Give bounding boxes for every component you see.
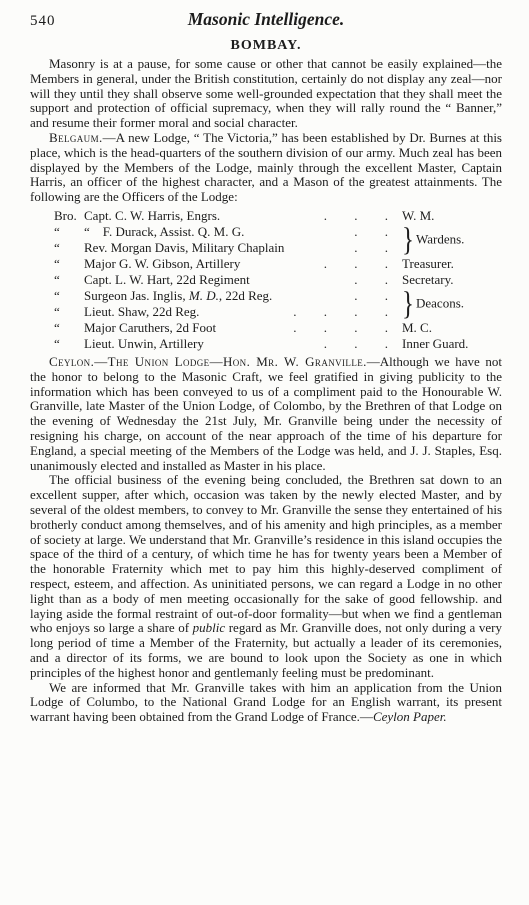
officer-office: M. C. bbox=[402, 320, 502, 336]
officer-row: “ Surgeon Jas. Inglis, M. D., 22d Reg. .… bbox=[54, 288, 502, 304]
leader-dots: . . bbox=[250, 272, 402, 288]
officer-prefix: Bro. bbox=[54, 208, 84, 224]
officer-name-text: “ F. Durack, Assist. Q. M. G. bbox=[84, 224, 244, 239]
italic-word: public bbox=[193, 620, 226, 635]
officer-row: “ Major G. W. Gibson, Artillery . . . Tr… bbox=[54, 256, 502, 272]
officer-name: Major Caruthers, 2d Foot bbox=[84, 320, 216, 336]
officer-ditto: “ bbox=[54, 304, 84, 320]
officer-row: “ Lieut. Shaw, 22d Reg. . . . . bbox=[54, 304, 502, 320]
leader-dots: . . bbox=[272, 288, 402, 304]
belgaum-paragraph: Belgaum.—A new Lodge, “ The Victoria,” h… bbox=[30, 131, 502, 205]
ceylon-paragraph-2: The official business of the evening bei… bbox=[30, 473, 502, 680]
officers-list: Bro. Capt. C. W. Harris, Engrs. . . . W.… bbox=[54, 208, 502, 352]
running-title: Masonic Intelligence. bbox=[90, 9, 442, 30]
officer-name-italic: M. D. bbox=[189, 288, 219, 303]
bombay-paragraph: Masonry is at a pause, for some cause or… bbox=[30, 57, 502, 131]
leader-dots: . . . . bbox=[199, 304, 402, 320]
officer-ditto: “ bbox=[54, 336, 84, 352]
officer-name-text: Lieut. Shaw, 22d Reg. bbox=[84, 304, 199, 319]
leader-dots: . . . bbox=[204, 336, 402, 352]
officer-name-text: Major G. W. Gibson, Artillery bbox=[84, 256, 240, 271]
officer-office: Treasurer. bbox=[402, 256, 502, 272]
leader-dots: . . bbox=[244, 224, 402, 240]
officer-name: “ F. Durack, Assist. Q. M. G. bbox=[84, 224, 244, 240]
leader-dots: . . bbox=[284, 240, 402, 256]
officer-name-text: Rev. Morgan Davis, Military Chaplain bbox=[84, 240, 284, 255]
ceylon-text: The official business of the evening bei… bbox=[30, 472, 502, 635]
officer-row: “ Lieut. Unwin, Artillery . . . Inner Gu… bbox=[54, 336, 502, 352]
ceylon-text: —Although we have not the honor to belon… bbox=[30, 354, 502, 473]
ceylon-lead: Ceylon.—The Union Lodge—Hon. Mr. W. Gran… bbox=[49, 354, 367, 369]
officer-ditto: “ bbox=[54, 224, 84, 240]
officer-name: Major G. W. Gibson, Artillery bbox=[84, 256, 240, 272]
officer-row: Bro. Capt. C. W. Harris, Engrs. . . . W.… bbox=[54, 208, 502, 224]
officer-name: Rev. Morgan Davis, Military Chaplain bbox=[84, 240, 284, 256]
officer-name: Lieut. Unwin, Artillery bbox=[84, 336, 204, 352]
officer-name: Capt. L. W. Hart, 22d Regiment bbox=[84, 272, 250, 288]
officer-ditto: “ bbox=[54, 320, 84, 336]
officer-name: Lieut. Shaw, 22d Reg. bbox=[84, 304, 199, 320]
page-header: 540 Masonic Intelligence. bbox=[30, 9, 502, 30]
belgaum-lead: Belgaum. bbox=[49, 130, 103, 145]
officer-row: “ Capt. L. W. Hart, 22d Regiment . . Sec… bbox=[54, 272, 502, 288]
officer-office: Inner Guard. bbox=[402, 336, 502, 352]
officer-row: “ Rev. Morgan Davis, Military Chaplain .… bbox=[54, 240, 502, 256]
book-page: 540 Masonic Intelligence. BOMBAY. Masonr… bbox=[0, 0, 529, 905]
officer-row: “ “ F. Durack, Assist. Q. M. G. . . }War… bbox=[54, 224, 502, 240]
officer-name-text: Major Caruthers, 2d Foot bbox=[84, 320, 216, 335]
leader-dots: . . . . bbox=[216, 320, 402, 336]
bombay-heading: BOMBAY. bbox=[30, 38, 502, 54]
ceylon-paragraph: Ceylon.—The Union Lodge—Hon. Mr. W. Gran… bbox=[30, 355, 502, 473]
leader-dots: . . . bbox=[240, 256, 402, 272]
officer-name: Surgeon Jas. Inglis, M. D., 22d Reg. bbox=[84, 288, 272, 304]
officer-ditto: “ bbox=[54, 256, 84, 272]
officer-row: “ Major Caruthers, 2d Foot . . . . M. C. bbox=[54, 320, 502, 336]
officer-ditto: “ bbox=[54, 272, 84, 288]
leader-dots: . . . bbox=[220, 208, 402, 224]
ceylon-paragraph-3: We are informed that Mr. Granville takes… bbox=[30, 681, 502, 725]
officer-name-text: Lieut. Unwin, Artillery bbox=[84, 336, 204, 351]
officer-ditto: “ bbox=[54, 240, 84, 256]
officer-name-text: , 22d Reg. bbox=[219, 288, 272, 303]
officer-name-text: Capt. C. W. Harris, Engrs. bbox=[84, 208, 220, 223]
officer-ditto: “ bbox=[54, 288, 84, 304]
officer-name-text: Surgeon Jas. Inglis, bbox=[84, 288, 189, 303]
source-citation: Ceylon Paper. bbox=[373, 709, 447, 724]
page-number: 540 bbox=[30, 13, 90, 30]
officer-name: Capt. C. W. Harris, Engrs. bbox=[84, 208, 220, 224]
officer-office: Secretary. bbox=[402, 272, 502, 288]
officer-office: W. M. bbox=[402, 208, 502, 224]
officer-name-text: Capt. L. W. Hart, 22d Regiment bbox=[84, 272, 250, 287]
